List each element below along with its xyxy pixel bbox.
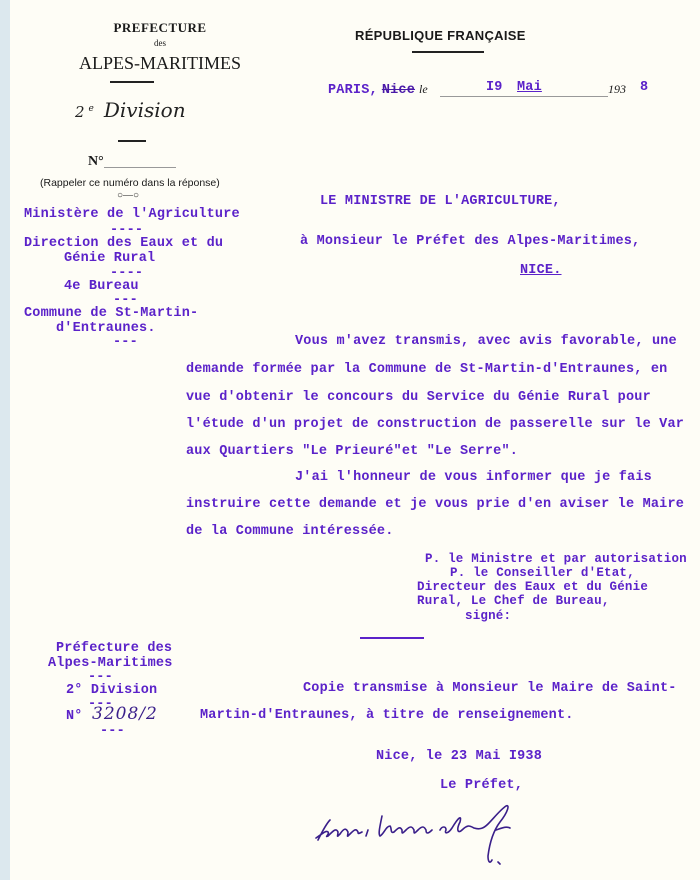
- dateline-city: PARIS,: [328, 83, 378, 98]
- copy-number-sep: ---: [100, 724, 125, 739]
- scan-edge: [0, 0, 10, 880]
- copy-line: Copie transmise à Monsieur le Maire de S…: [303, 681, 677, 696]
- recipient-city: NICE.: [520, 263, 562, 278]
- republic-rule: [412, 51, 484, 53]
- letterhead-rule: [110, 81, 154, 83]
- separator-rule: [360, 637, 424, 639]
- copy-number-label: N°: [66, 709, 83, 724]
- reference-sep: ---: [113, 335, 138, 350]
- reference-bureau: 4e Bureau: [64, 279, 139, 294]
- signature-line: signé:: [465, 609, 511, 623]
- body-line: vue d'obtenir le concours du Service du …: [186, 390, 651, 405]
- reference-entraunes: d'Entraunes.: [56, 321, 156, 336]
- division-line: 2 e Division: [75, 98, 186, 122]
- sender: LE MINISTRE DE L'AGRICULTURE,: [320, 194, 561, 209]
- copy-header-line: Alpes-Maritimes: [48, 656, 173, 671]
- dateline-month: Mai: [517, 80, 542, 95]
- numero-field: [104, 167, 176, 168]
- body-line: J'ai l'honneur de vous informer que je f…: [295, 470, 652, 485]
- division-rule: [118, 140, 146, 142]
- ornament-icon: ○—○: [117, 190, 139, 201]
- letterhead-des: des: [70, 38, 250, 48]
- republic-heading: RÉPUBLIQUE FRANÇAISE: [355, 28, 526, 43]
- copy-dateline: Nice, le 23 Mai I938: [376, 749, 542, 764]
- letterhead-department: ALPES-MARITIMES: [40, 53, 280, 74]
- body-line: demande formée par la Commune de St-Mart…: [186, 362, 667, 377]
- signature-line: P. le Conseiller d'Etat,: [450, 566, 635, 580]
- dateline-le: le: [419, 82, 428, 96]
- reference-ministry: Ministère de l'Agriculture: [24, 207, 240, 222]
- division-label: Division: [104, 98, 186, 122]
- dateline-year-suffix: 8: [640, 80, 648, 95]
- handwritten-signature-icon: [310, 800, 630, 880]
- letterhead-prefecture: PREFECTURE: [70, 20, 250, 36]
- numero-hint: (Rappeler ce numéro dans la réponse): [40, 177, 220, 189]
- dateline-field: [440, 96, 608, 97]
- body-line: Vous m'avez transmis, avec avis favorabl…: [295, 334, 677, 349]
- signature-line: Rural, Le Chef de Bureau,: [417, 594, 610, 608]
- copy-header-division: 2° Division: [66, 683, 157, 698]
- copy-header-line: Préfecture des: [56, 641, 172, 656]
- reference-direction: Direction des Eaux et du: [24, 236, 223, 251]
- dateline-year-prefix: 193: [608, 82, 626, 97]
- copy-line: Martin-d'Entraunes, à titre de renseigne…: [200, 708, 574, 723]
- dateline: PARIS, Nice le: [328, 80, 428, 98]
- numero-label: N°: [88, 154, 104, 170]
- recipient: à Monsieur le Préfet des Alpes-Maritimes…: [300, 234, 640, 249]
- body-line: aux Quartiers "Le Prieuré"et "Le Serre".: [186, 444, 518, 459]
- copy-signer: Le Préfet,: [440, 778, 523, 793]
- copy-number-handwritten: 3208/2: [92, 704, 158, 724]
- signature-line: P. le Ministre et par autorisation: [425, 552, 687, 566]
- division-number: 2: [75, 103, 85, 121]
- body-line: l'étude d'un projet de construction de p…: [186, 417, 684, 432]
- body-line: instruire cette demande et je vous prie …: [186, 497, 684, 512]
- division-sup: e: [89, 104, 94, 114]
- dateline-day: I9: [486, 80, 503, 95]
- signature-line: Directeur des Eaux et du Génie: [417, 580, 648, 594]
- dateline-struck: Nice: [382, 83, 415, 98]
- reference-commune: Commune de St-Martin-: [24, 306, 198, 321]
- body-line: de la Commune intéressée.: [186, 524, 394, 539]
- reference-genie: Génie Rural: [64, 251, 155, 266]
- letter-page: [10, 0, 700, 880]
